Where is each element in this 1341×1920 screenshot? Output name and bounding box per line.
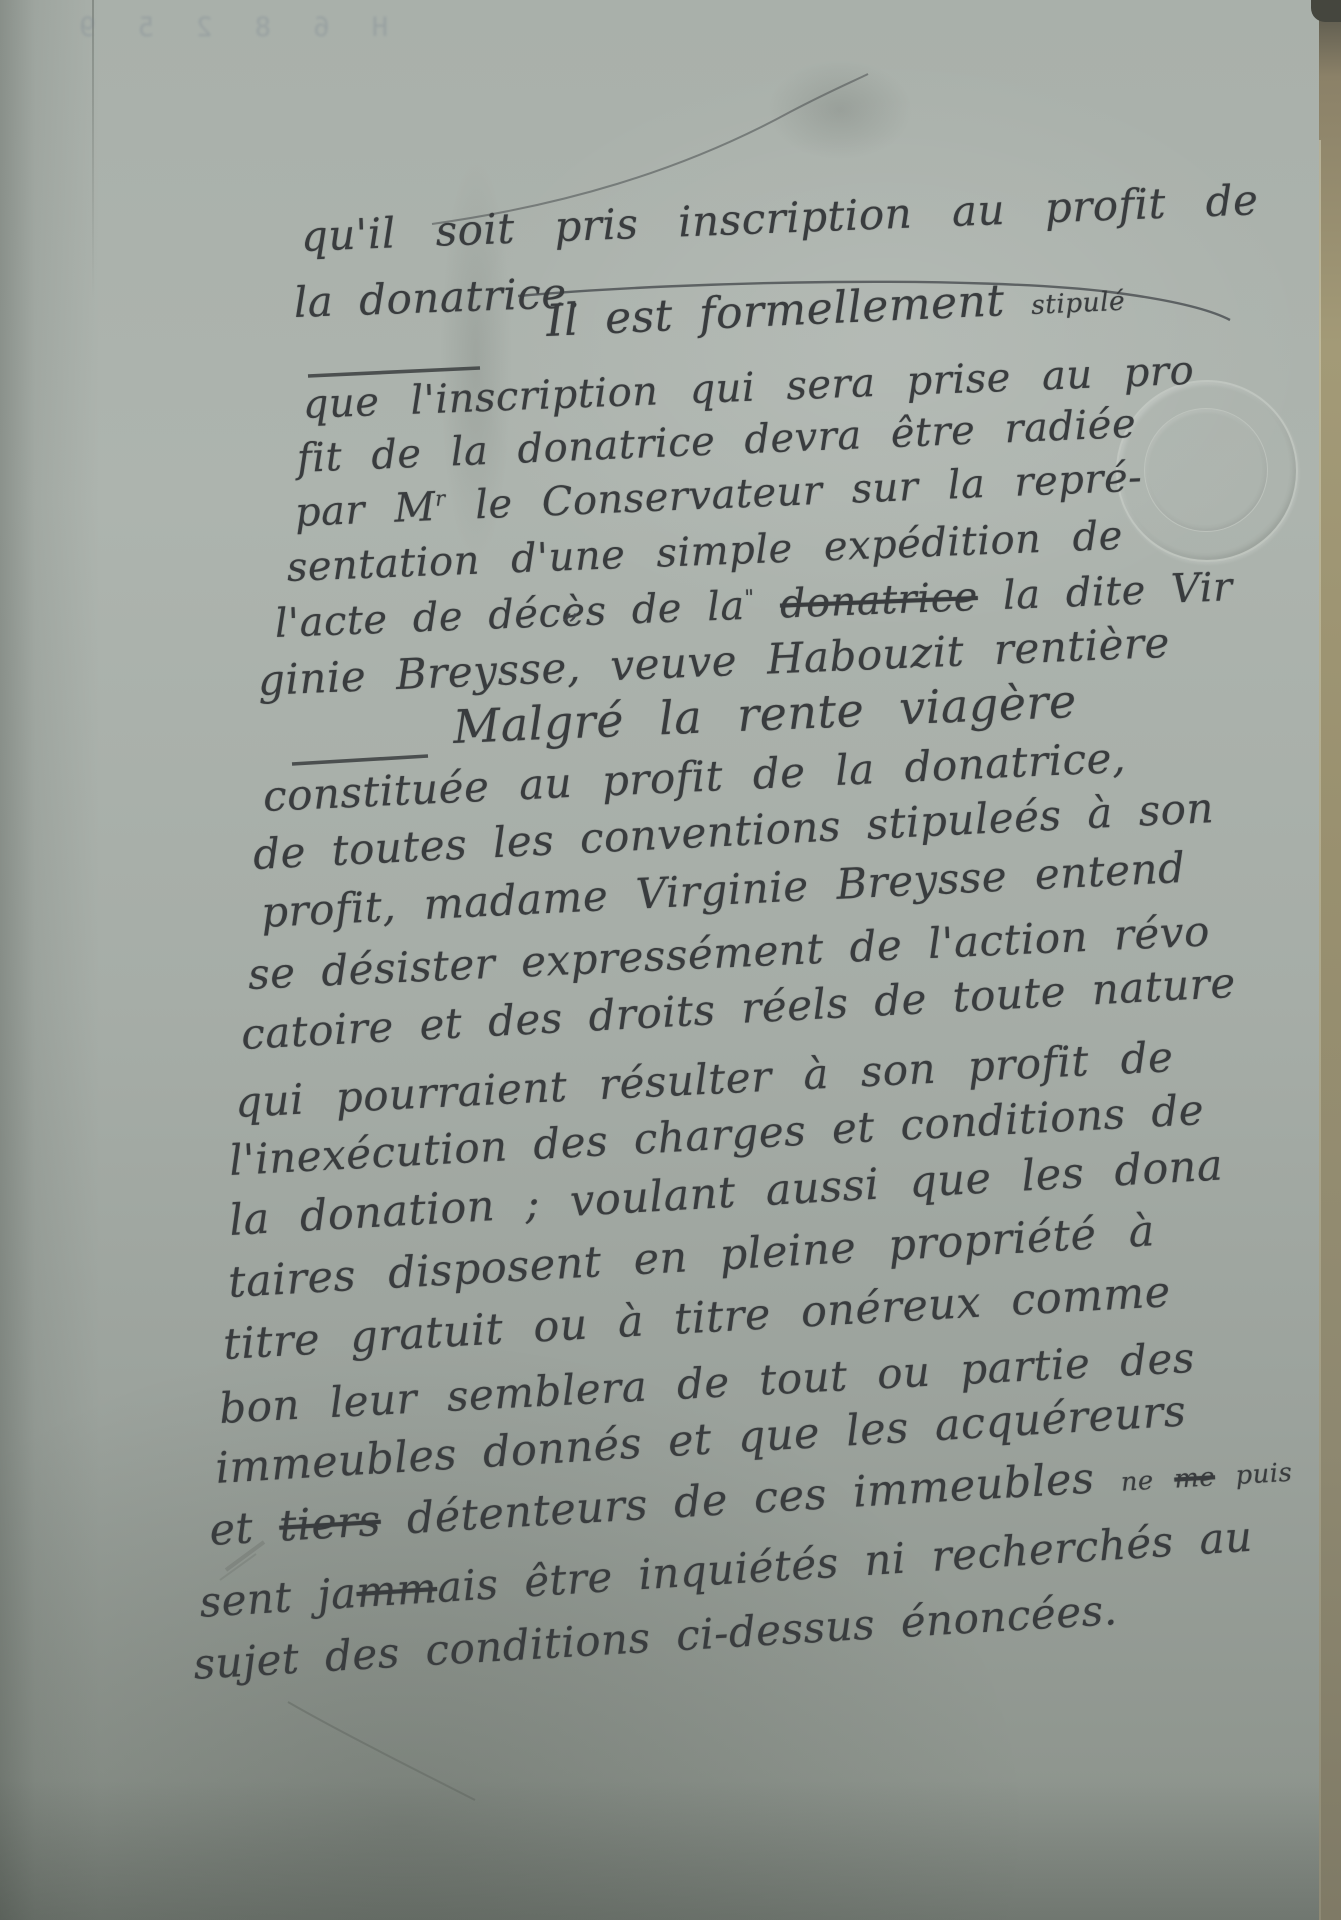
text-segment: ne xyxy=(1120,1465,1175,1498)
handwritten-line-1: qu'il soit pris inscription au profit de xyxy=(300,175,1259,261)
text-segment xyxy=(754,582,781,629)
manuscript-lines: qu'il soit pris inscription au profit de… xyxy=(0,0,1341,1920)
manuscript-photo: H 6 8 2 5 9 qu'il soit pris inscription … xyxy=(0,0,1341,1920)
text-segment: sent ja xyxy=(198,1568,358,1627)
book-corner-shadow xyxy=(1311,0,1341,22)
struck-word: me xyxy=(1173,1462,1215,1494)
struck-word: tiers xyxy=(278,1496,382,1552)
text-segment: la donatrice. xyxy=(293,268,581,327)
text-segment: puis xyxy=(1214,1458,1293,1493)
photo-bottom-vignette xyxy=(0,1780,1341,1920)
text-segment: la dite Vir xyxy=(977,564,1234,620)
text-segment: et xyxy=(208,1502,281,1556)
text-segment: stipulé xyxy=(1030,286,1125,321)
handwritten-line-3: Il est formellement stipulé xyxy=(545,270,1126,347)
text-segment: Il est formellement xyxy=(545,274,1032,347)
struck-word: donatrice xyxy=(779,574,978,628)
handwritten-line-2: la donatrice. xyxy=(293,268,581,327)
book-page-edges xyxy=(1319,0,1341,1920)
struck-word: mm xyxy=(355,1563,439,1617)
book-page-edge-highlight xyxy=(1319,140,1321,1920)
insertion-caret: „ xyxy=(562,586,580,626)
text-segment: par M xyxy=(294,484,437,536)
text-segment: qu'il soit pris inscription au profit de xyxy=(300,175,1259,261)
text-segment: l'acte de décès de la xyxy=(274,583,746,647)
